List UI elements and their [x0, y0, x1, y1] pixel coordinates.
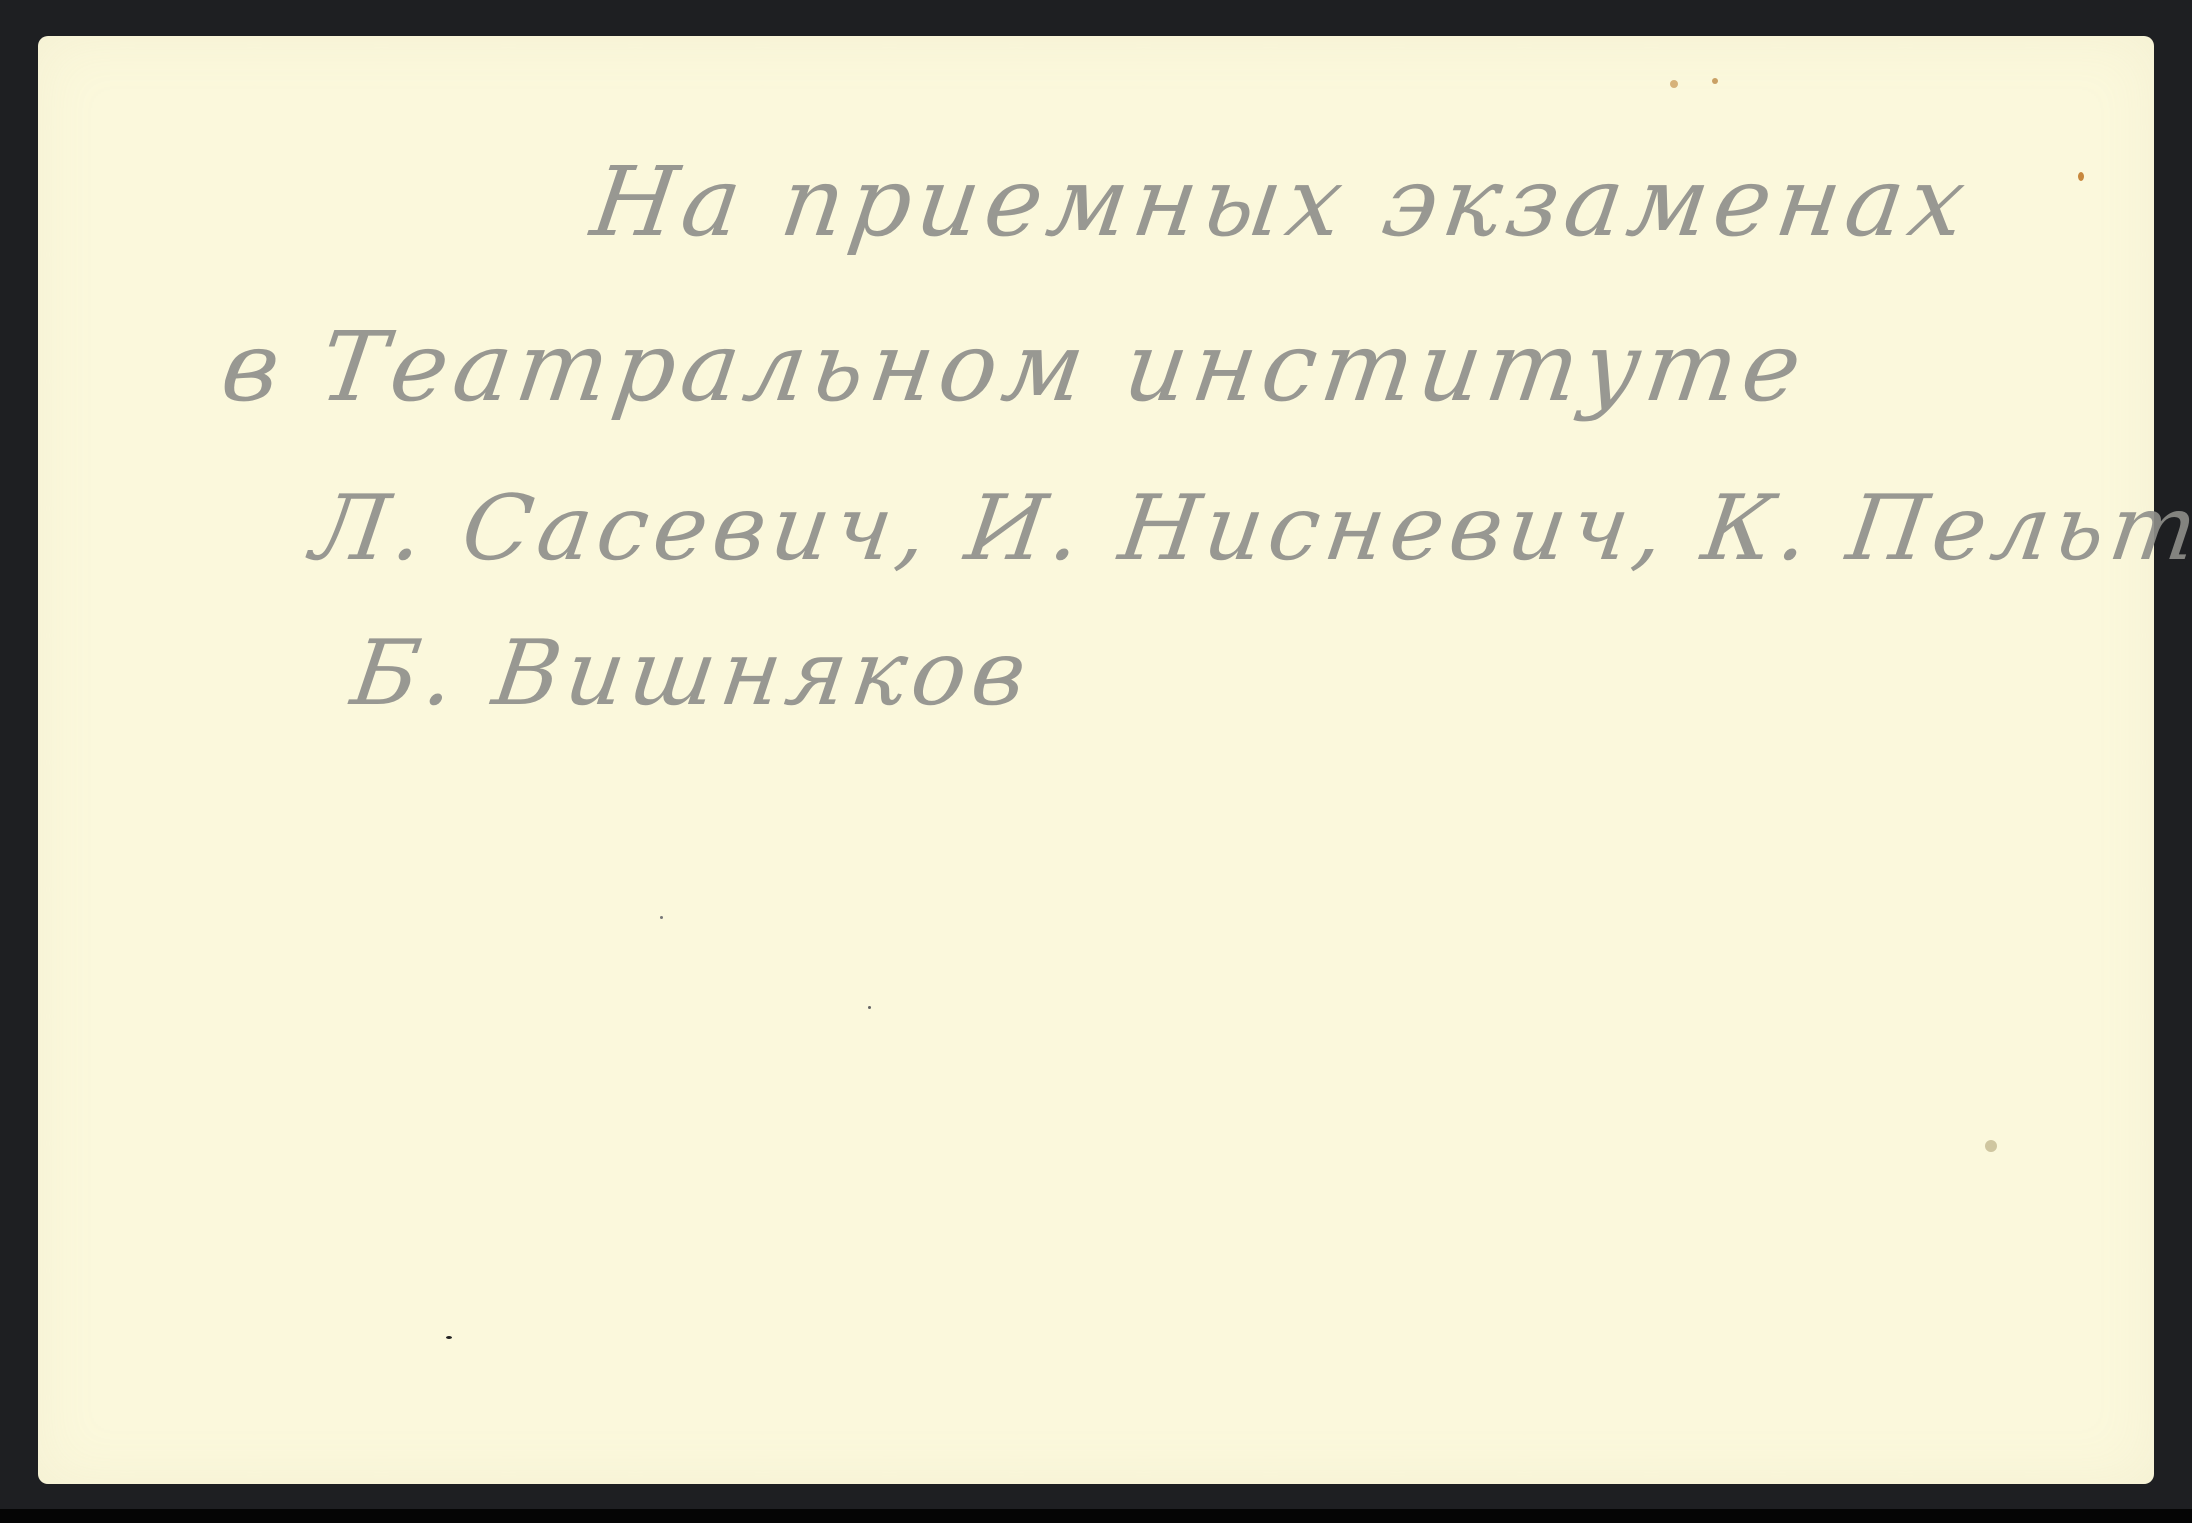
photo-card-back: На приемных экзаменах в Театральном инст… [38, 36, 2154, 1484]
inscription-line-1: На приемных экзаменах [585, 146, 1978, 258]
foxing-spot [1985, 1140, 1997, 1152]
scan-bottom-edge [0, 1509, 2192, 1523]
pencil-mark [446, 1336, 452, 1339]
inscription-line-3: Л. Сасевич, И. Нисневич, К. Пельтцер [306, 476, 2192, 581]
inscription-line-4: Б. Вишняков [346, 621, 1039, 726]
pencil-mark [660, 916, 663, 919]
foxing-spot [1712, 78, 1718, 84]
pencil-mark [868, 1006, 871, 1009]
inscription-line-2: в Театральном институте [215, 311, 1814, 423]
foxing-spot [1670, 80, 1678, 88]
foxing-spot [2078, 172, 2084, 181]
